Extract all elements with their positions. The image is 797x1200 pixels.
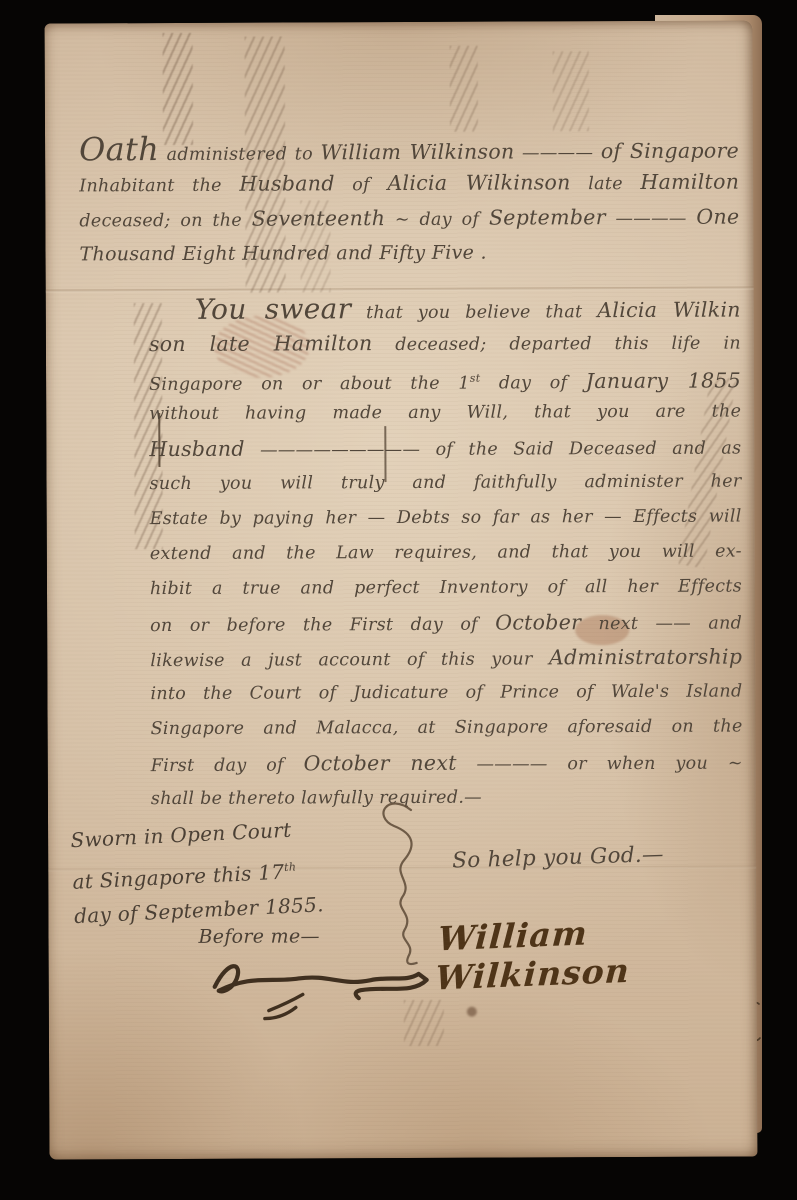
- heading-text: of: [335, 175, 388, 195]
- body-text: that you believe that: [351, 302, 597, 323]
- heading-line: Oath administered to William Wilkinson —…: [79, 131, 739, 169]
- body-line: Husband ————————— of the Said Deceased a…: [149, 431, 741, 469]
- body-line: son late Hamilton deceased; departed thi…: [149, 326, 741, 364]
- brace-mark: [356, 800, 427, 968]
- body-text: without having made any Will, that you a…: [149, 402, 741, 425]
- signature-name: William Wilkinson: [434, 913, 631, 997]
- filler-dash: ————: [514, 143, 600, 163]
- body-text: Singapore on or about the 1: [149, 374, 470, 395]
- body-text: Administratorship: [549, 645, 742, 670]
- heading-text: Inhabitant the: [79, 176, 239, 197]
- ink-bleed-marks: [553, 51, 589, 131]
- death-date: January 1855: [586, 368, 741, 393]
- before-me-label: Before me—: [198, 925, 319, 948]
- body-line: Singapore on or about the 1st day of Jan…: [149, 361, 741, 399]
- body-text: shall be thereto lawfully required.—: [151, 788, 482, 809]
- body-text: First day of: [151, 755, 304, 776]
- manuscript-page: Oath administered to William Wilkinson —…: [45, 20, 758, 1159]
- body-line: Singapore and Malacca, at Singapore afor…: [151, 711, 743, 749]
- oath-title-word: Oath: [79, 130, 159, 168]
- so-help-you-god-text: So help you God.—: [452, 842, 664, 873]
- body-text: extend and the Law requires, and that yo…: [150, 542, 742, 565]
- oath-heading: Oath administered to William Wilkinson —…: [79, 131, 740, 274]
- body-line: shall be thereto lawfully required.—: [151, 781, 743, 819]
- body-line: without having made any Will, that you a…: [149, 396, 741, 434]
- deceased-name: son late Hamilton: [149, 331, 373, 356]
- relation-word: Husband: [239, 171, 334, 195]
- body-text: Estate by paying her — Debts so far as h…: [150, 507, 742, 530]
- ordinal-superscript: th: [284, 860, 297, 874]
- heading-text: administered to: [159, 144, 321, 165]
- body-text: of the Said Deceased and as: [436, 439, 742, 460]
- body-text: hibit a true and perfect Inventory of al…: [150, 577, 742, 600]
- deponent-signature: William Wilkinson: [434, 907, 759, 998]
- body-text: deceased; departed this life in: [372, 334, 741, 356]
- heading-text: late: [571, 174, 641, 194]
- body-line: First day of October next ———— or when y…: [151, 746, 743, 784]
- jurat-text: day of September 1855.: [74, 892, 325, 928]
- body-text: next —— and: [581, 614, 742, 635]
- body-text: ———— or when you ~: [457, 754, 743, 775]
- heading-line: Thousand Eight Hundred and Fifty Five .: [79, 236, 739, 274]
- deceased-name: Alicia Wilkin: [597, 298, 741, 323]
- registrar-signature-mark: [207, 950, 437, 1023]
- deponent-name: William Wilkinson: [320, 140, 514, 165]
- body-line: hibit a true and perfect Inventory of al…: [150, 571, 742, 609]
- deceased-name: Alicia Wilkinson: [387, 170, 570, 195]
- filler-dash: —————————: [245, 440, 436, 461]
- attestation-text: So help you God.—: [452, 842, 664, 873]
- before-me-text: Before me—: [198, 925, 319, 948]
- ink-bleed-marks: [163, 33, 193, 145]
- body-text: such you will truly and faithfully admin…: [149, 472, 741, 495]
- place-name: of Singapore: [601, 139, 739, 164]
- filler-dash: ————: [606, 209, 697, 229]
- month-word: September: [489, 205, 606, 230]
- month-word: October next: [304, 751, 457, 776]
- you-swear-words: You swear: [195, 292, 352, 326]
- body-line: likewise a just account of this your Adm…: [150, 641, 742, 679]
- month-word: October: [495, 610, 581, 634]
- ink-stain: [467, 1007, 477, 1017]
- day-word: Seventeenth: [252, 206, 386, 231]
- relation-word: Husband: [149, 437, 244, 461]
- heading-text: deceased; on the: [79, 211, 251, 232]
- body-text: Singapore and Malacca, at Singapore afor…: [151, 717, 743, 740]
- oath-body: You swear that you believe that Alicia W…: [149, 291, 743, 819]
- body-text: day of: [480, 373, 585, 393]
- body-text: likewise a just account of this your: [150, 649, 549, 671]
- body-line: Estate by paying her — Debts so far as h…: [150, 501, 742, 539]
- jurat-text: Sworn in Open Court: [70, 818, 292, 853]
- photograph-background: Oath administered to William Wilkinson —…: [0, 0, 797, 1200]
- maiden-name: Hamilton: [640, 170, 739, 194]
- jurat-block: Sworn in Open Court at Singapore this 17…: [70, 807, 385, 936]
- ordinal-superscript: st: [470, 372, 481, 385]
- heading-line: deceased; on the Seventeenth ~ day of Se…: [79, 201, 739, 239]
- body-line: on or before the First day of October ne…: [150, 606, 742, 644]
- body-line: into the Court of Judicature of Prince o…: [150, 676, 742, 714]
- year-words: Thousand Eight Hundred and Fifty Five .: [79, 242, 486, 266]
- body-text: into the Court of Judicature of Prince o…: [150, 682, 742, 705]
- heading-line: Inhabitant the Husband of Alicia Wilkins…: [79, 166, 739, 204]
- body-line: extend and the Law requires, and that yo…: [150, 536, 742, 574]
- ink-bleed-marks: [450, 46, 478, 132]
- heading-text: One: [696, 205, 739, 229]
- body-text: on or before the First day of: [150, 615, 495, 637]
- body-line: such you will truly and faithfully admin…: [149, 466, 741, 504]
- body-line: You swear that you believe that Alicia W…: [149, 291, 741, 329]
- heading-text: ~ day of: [385, 210, 489, 230]
